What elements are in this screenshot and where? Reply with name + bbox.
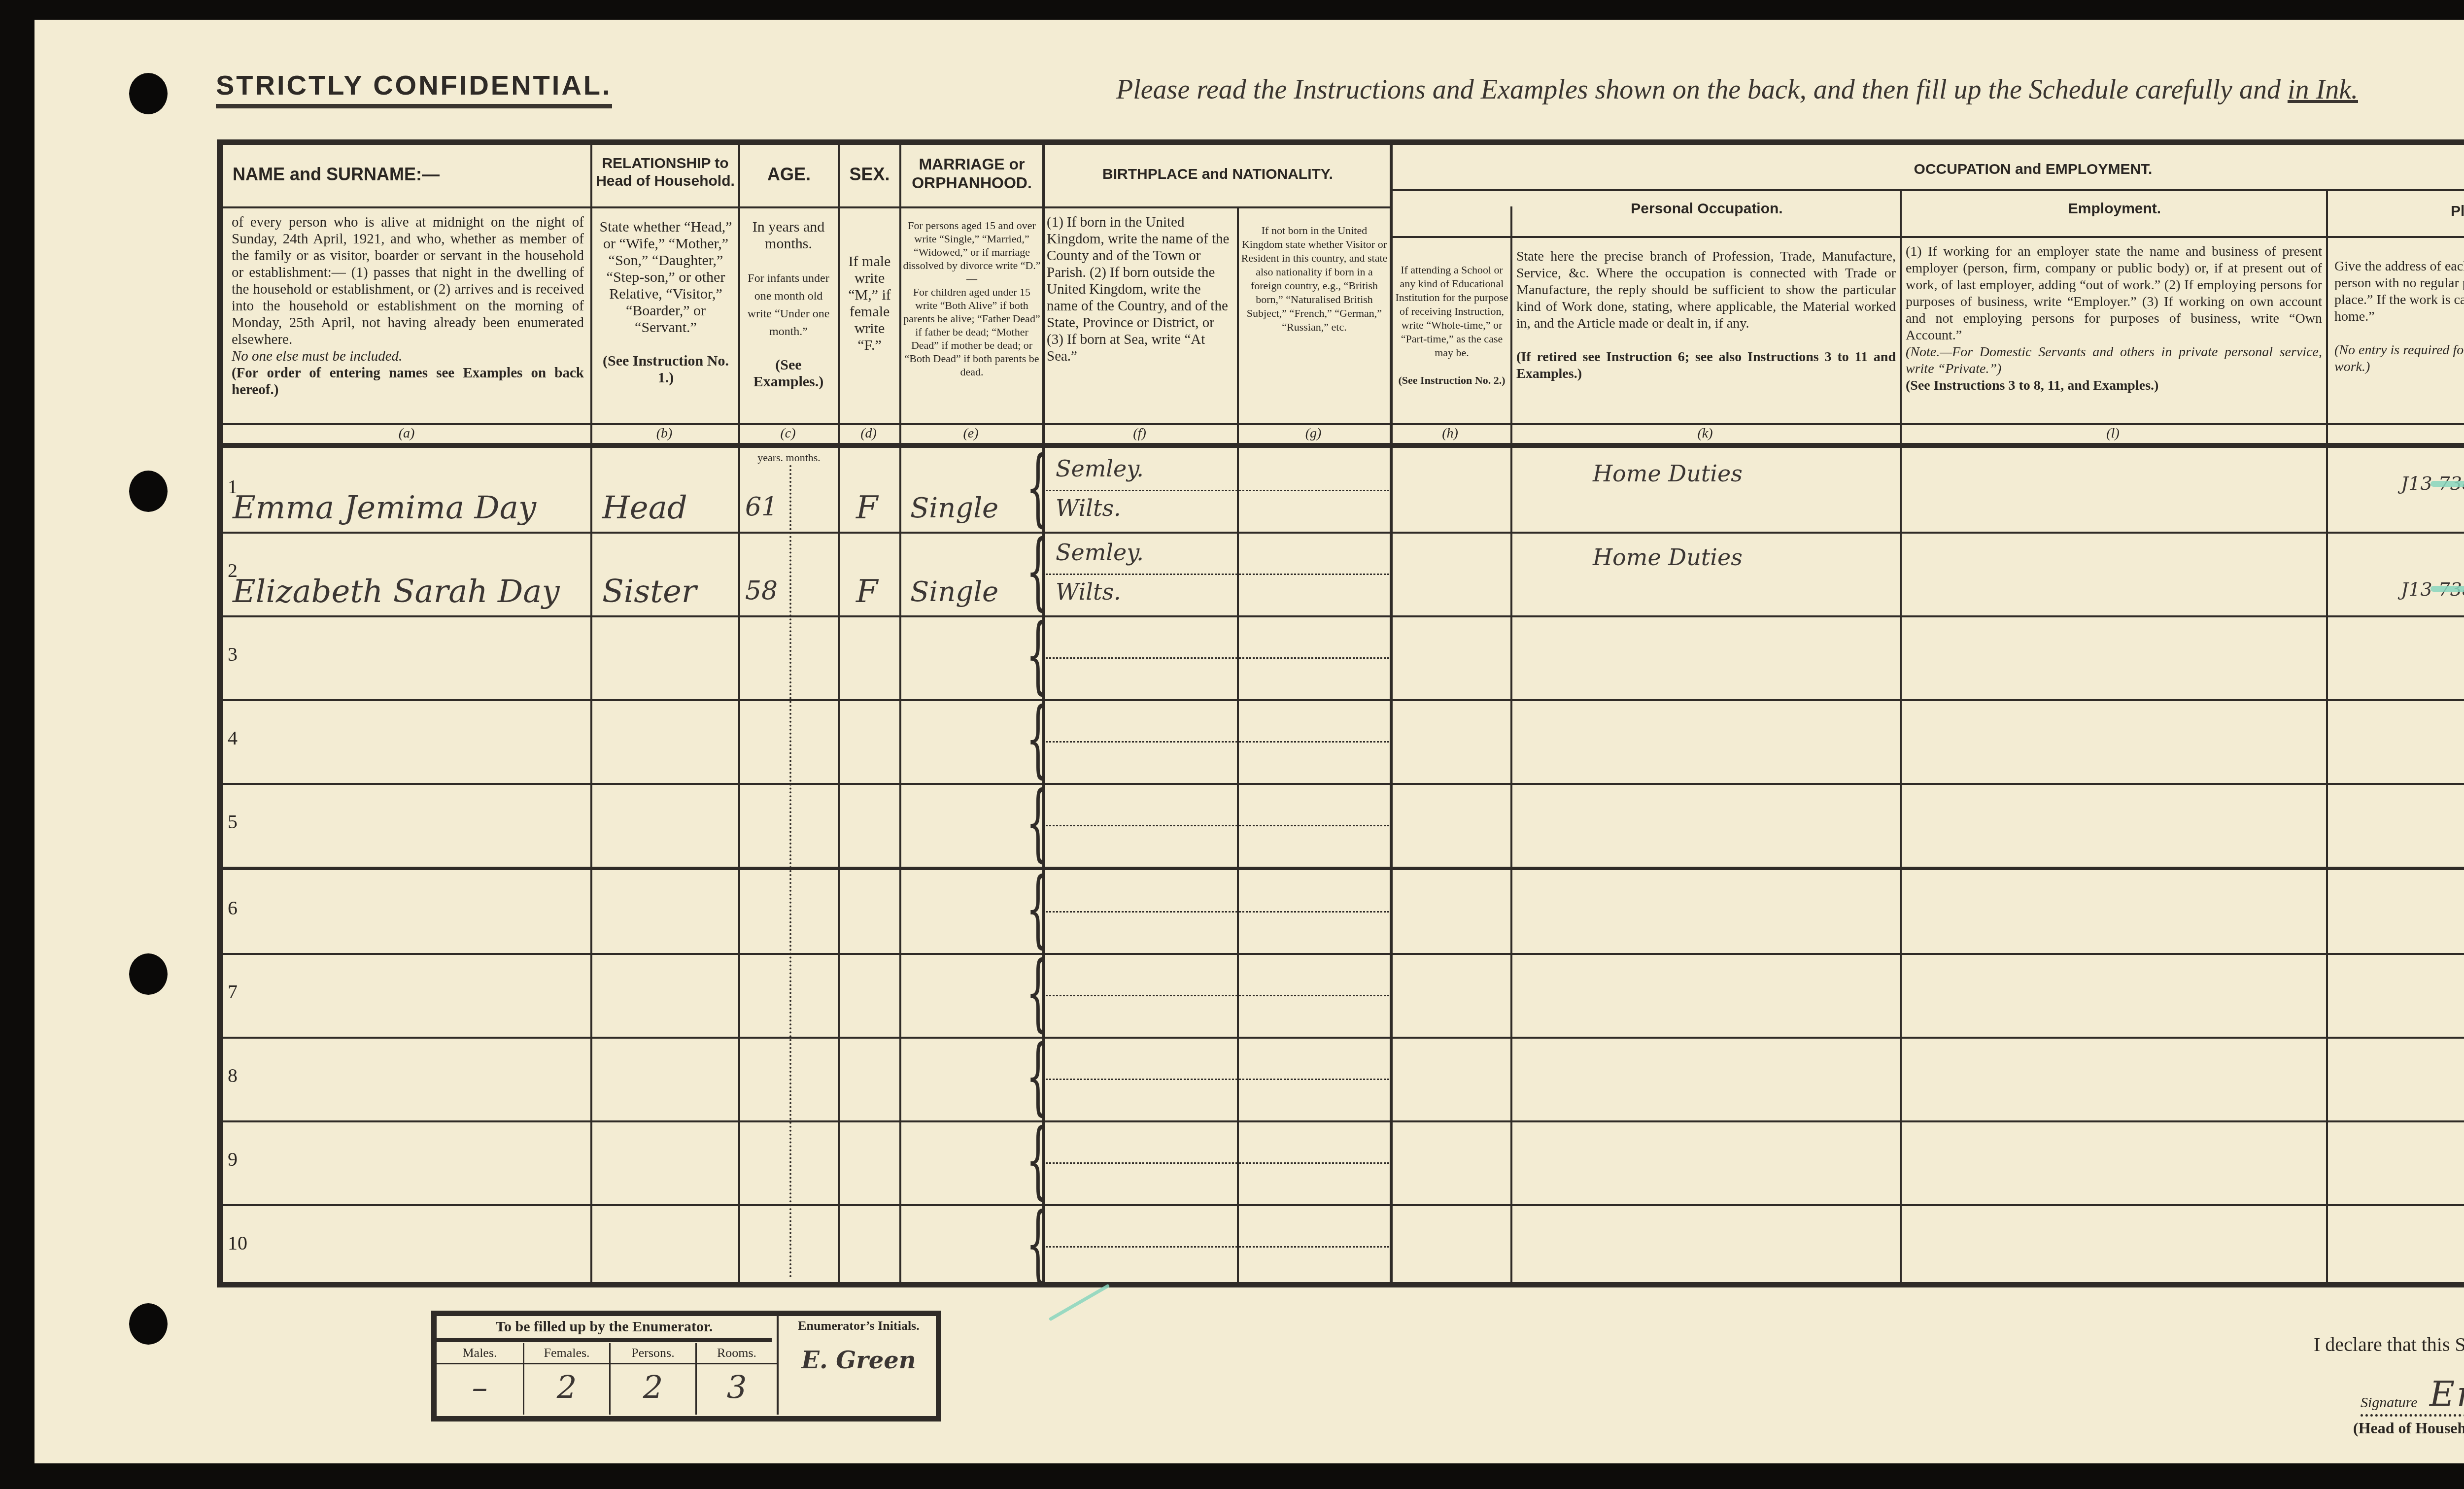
females-count[interactable]: 2 [524, 1364, 609, 1412]
row1-relationship[interactable]: Head [602, 490, 687, 526]
row2-birthplace-parish[interactable]: Semley. [1056, 539, 1144, 566]
col-a-instructions: of every person who is alive at midnight… [232, 214, 584, 398]
row1-occupation[interactable]: Home Duties [1593, 460, 1743, 487]
rooms-count[interactable]: 3 [697, 1364, 777, 1412]
row2-sex[interactable]: F [856, 574, 878, 610]
divider [1900, 189, 1902, 1283]
row1-sex[interactable]: F [856, 490, 878, 526]
punch-hole [129, 953, 168, 995]
household-table: NAME and SURNAME:— RELATIONSHIP to Head … [217, 139, 2464, 1287]
confidential-title: STRICTLY CONFIDENTIAL. [216, 69, 612, 108]
instructions-line: Please read the Instructions and Example… [1116, 74, 2358, 105]
row2-marriage[interactable]: Single [910, 576, 998, 608]
signature-line: Signature Emma Jemima Day [2361, 1375, 2464, 1417]
row2-name[interactable]: Elizabeth Sarah Day [233, 574, 560, 610]
punch-hole [129, 1303, 168, 1345]
enumerator-initials[interactable]: E. Green [779, 1336, 939, 1385]
row1-birthplace-county[interactable]: Wilts. [1056, 495, 1121, 521]
divider [838, 145, 840, 1283]
row2-birthplace-county[interactable]: Wilts. [1056, 578, 1121, 605]
divider [1390, 145, 1393, 1283]
divider [2326, 189, 2328, 1283]
row1-name[interactable]: Emma Jemima Day [233, 490, 536, 526]
declaration-text: I declare that this Schedule is correctl… [2314, 1333, 2464, 1356]
signature[interactable]: Emma Jemima Day [2430, 1374, 2464, 1414]
row1-birthplace-parish[interactable]: Semley. [1056, 455, 1144, 482]
divider [899, 145, 901, 1283]
punch-hole [129, 471, 168, 512]
row1-marriage[interactable]: Single [910, 492, 998, 524]
signature-caption: (Head of Household, Manager of Establish… [2353, 1419, 2464, 1437]
row2-relationship[interactable]: Sister [602, 574, 696, 610]
punch-hole [129, 73, 168, 114]
header-bottom-rule [223, 443, 2464, 448]
males-count[interactable]: – [437, 1364, 523, 1412]
divider [738, 145, 740, 1283]
divider [590, 145, 592, 1283]
persons-count[interactable]: 2 [611, 1364, 695, 1412]
row2-age[interactable]: 58 [745, 576, 778, 606]
enumerator-summary-box: To be filled up by the Enumerator. Enume… [431, 1311, 941, 1421]
row1-age[interactable]: 61 [745, 492, 778, 522]
row2-occupation[interactable]: Home Duties [1593, 544, 1743, 571]
